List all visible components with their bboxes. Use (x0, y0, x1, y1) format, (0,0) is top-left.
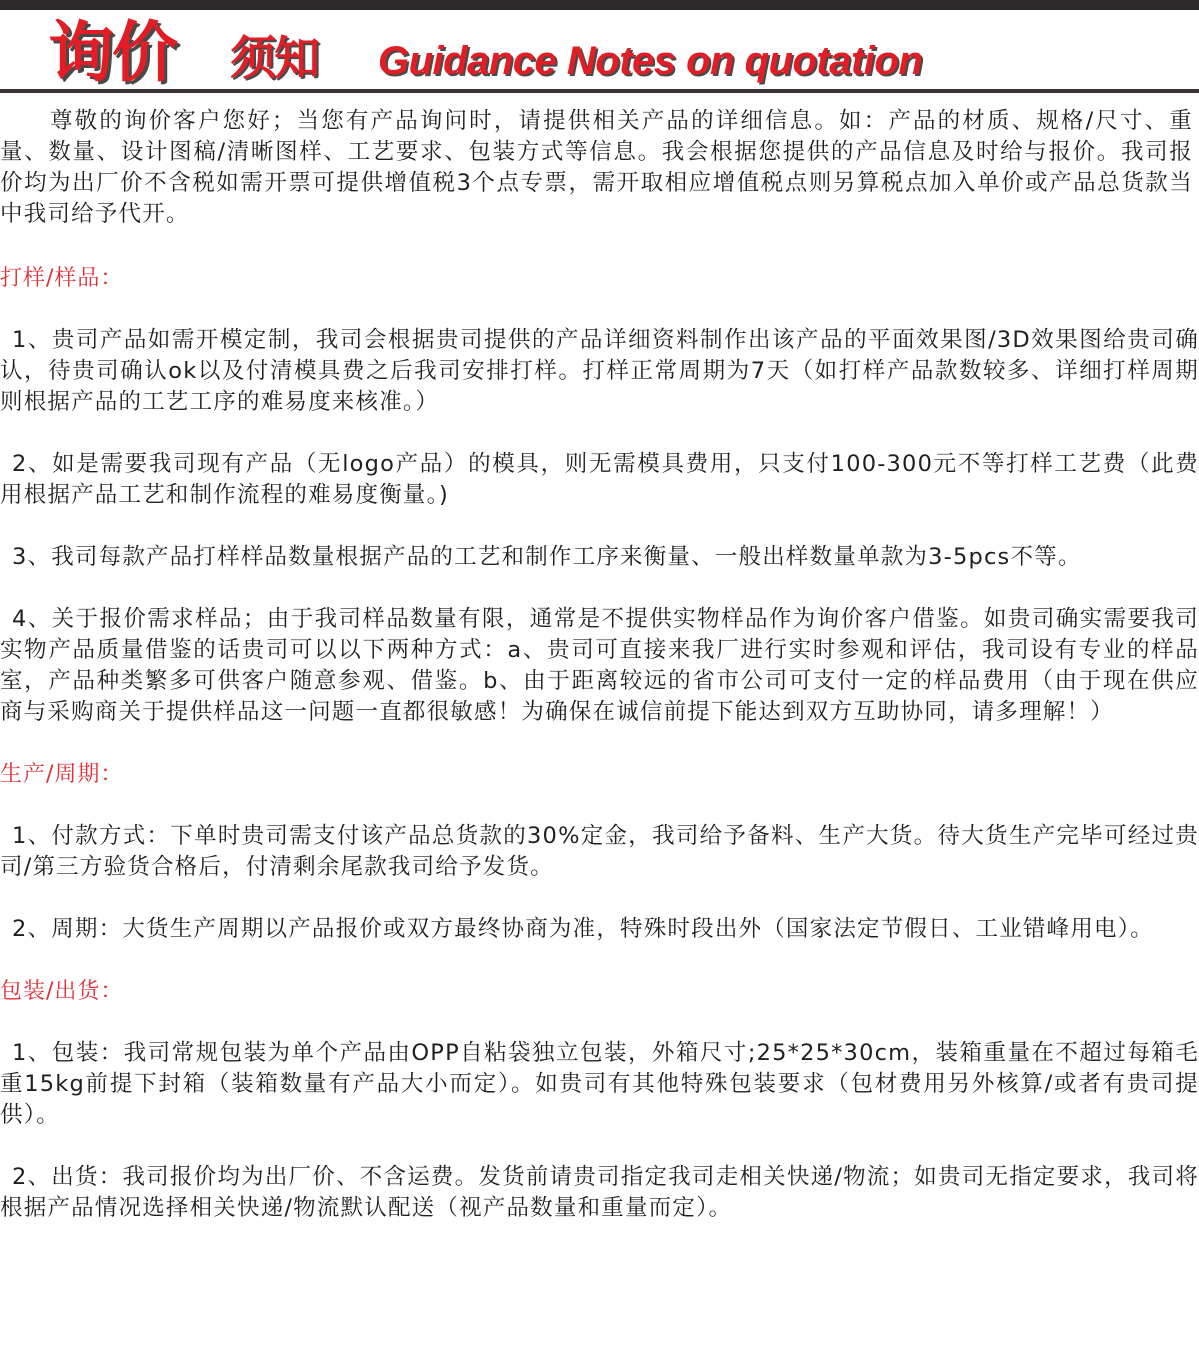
title-cn-notice: 须知 (230, 28, 318, 88)
title-cn-inquiry: 询价 (48, 14, 176, 92)
sampling-item-4: 4、关于报价需求样品；由于我司样品数量有限，通常是不提供实物样品作为询价客户借鉴… (0, 604, 1199, 728)
section-title-production: 生产/周期： (0, 759, 1199, 790)
top-decorative-bar (0, 0, 1199, 10)
production-item-2: 2、周期：大货生产周期以产品报价或双方最终协商为准，特殊时段出外（国家法定节假日… (0, 914, 1199, 945)
header-divider (0, 89, 1199, 93)
section-title-packaging: 包装/出货： (0, 976, 1199, 1007)
section-title-sampling: 打样/样品： (0, 263, 1199, 294)
sampling-item-2: 2、如是需要我司现有产品（无logo产品）的模具，则无需模具费用，只支付100-… (0, 449, 1199, 511)
sampling-item-1: 1、贵司产品如需开模定制，我司会根据贵司提供的产品详细资料制作出该产品的平面效果… (0, 325, 1199, 418)
page-header: 询价 须知 Guidance Notes on quotation (0, 10, 1199, 88)
intro-paragraph: 尊敬的询价客户您好；当您有产品询问时，请提供相关产品的详细信息。如：产品的材质、… (0, 106, 1199, 230)
document-body: 尊敬的询价客户您好；当您有产品询问时，请提供相关产品的详细信息。如：产品的材质、… (0, 106, 1199, 1224)
title-en: Guidance Notes on quotation (378, 36, 922, 86)
packaging-item-1: 1、包装：我司常规包装为单个产品由OPP自粘袋独立包装，外箱尺寸;25*25*3… (0, 1038, 1199, 1131)
sampling-item-3: 3、我司每款产品打样样品数量根据产品的工艺和制作工序来衡量、一般出样数量单款为3… (0, 542, 1199, 573)
production-item-1: 1、付款方式：下单时贵司需支付该产品总货款的30%定金，我司给予备料、生产大货。… (0, 821, 1199, 883)
packaging-item-2: 2、出货：我司报价均为出厂价、不含运费。发货前请贵司指定我司走相关快递/物流；如… (0, 1162, 1199, 1224)
